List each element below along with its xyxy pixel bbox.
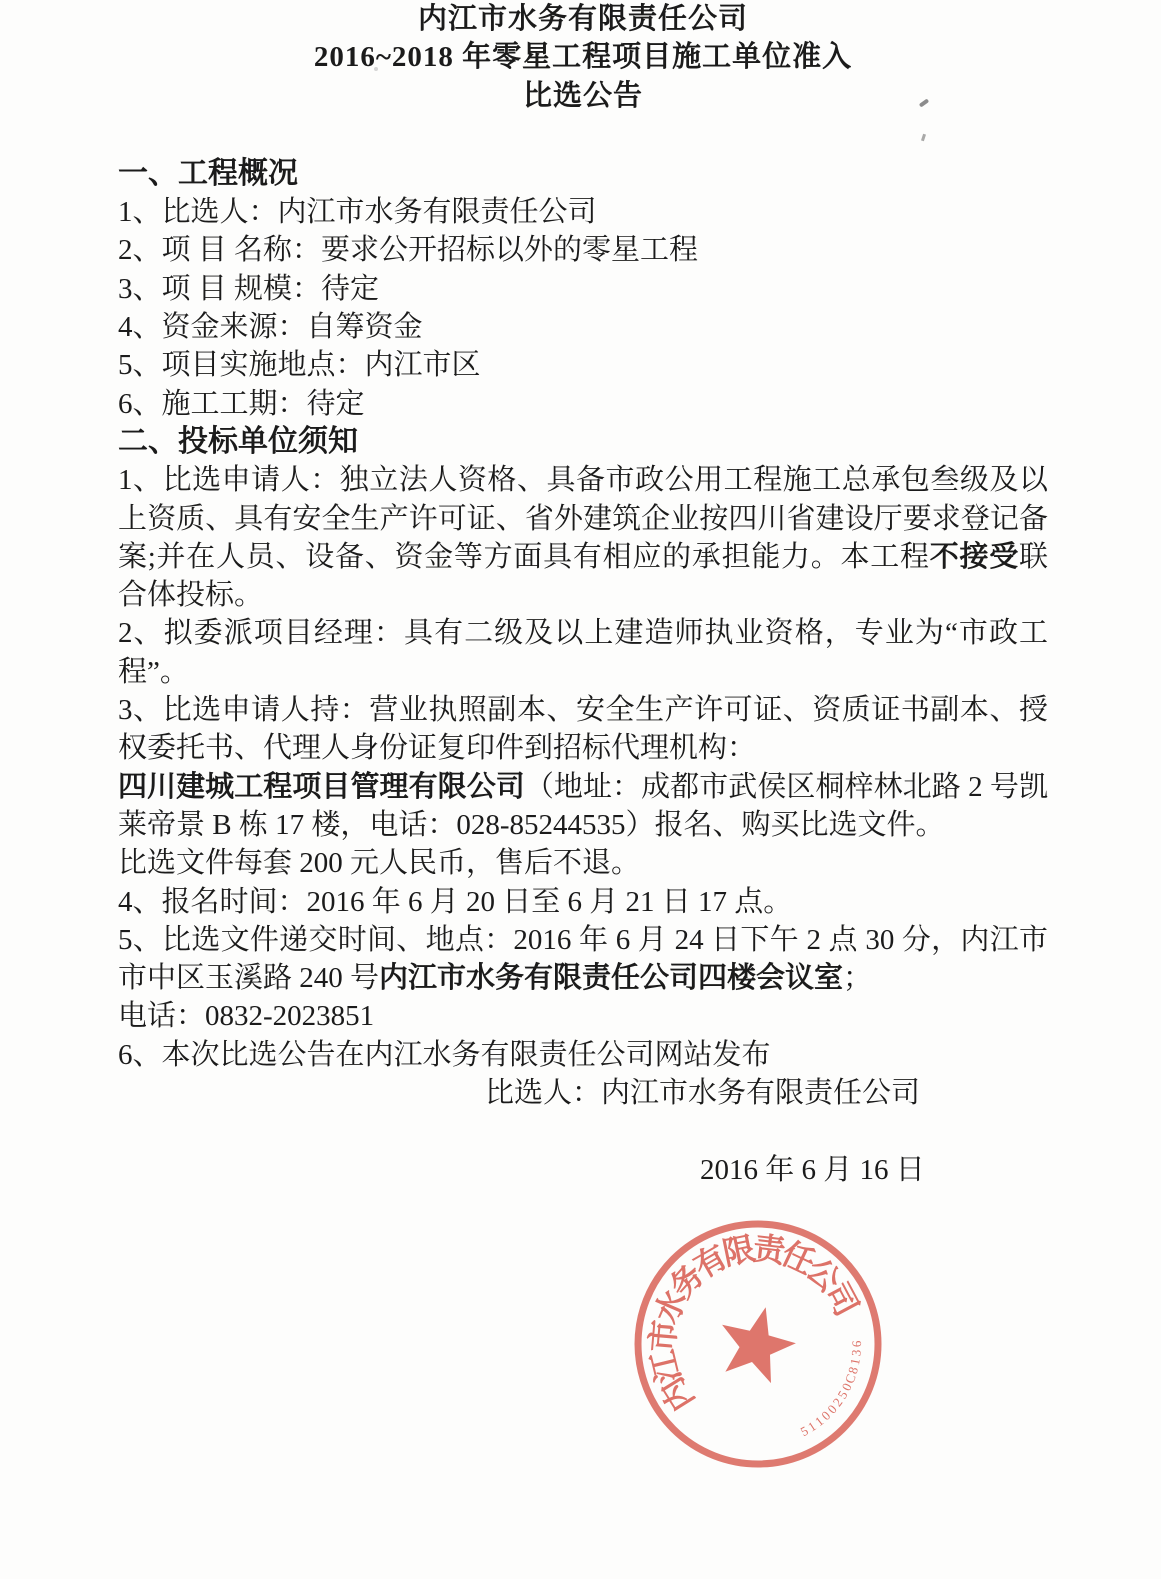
section1-item-6: 6、施工工期：待定 (118, 385, 1048, 423)
svg-text:6: 6 (849, 1340, 864, 1347)
section1-heading: 一、工程概况 (118, 155, 1048, 193)
svg-text:3: 3 (848, 1349, 864, 1357)
agency-name: 四川建城工程项目管理有限公司 (118, 771, 525, 803)
section2-clause-2: 2、拟委派项目经理：具有二级及以上建造师执业资格，专业为“市政工程”。 (118, 614, 1048, 691)
title-doc-type: 比选公告 (118, 77, 1048, 115)
section1-item-1: 1、比选人：内江市水务有限责任公司 (118, 193, 1048, 231)
clause-1-emphasis: 不接受 (930, 541, 1019, 573)
section1-item-5: 5、项目实施地点：内江市区 (118, 346, 1048, 384)
signer-line: 比选人：内江市水务有限责任公司 (118, 1074, 1048, 1112)
company-seal-stamp: 内江市水务有限责任公司51100250C8136 (628, 1214, 888, 1474)
section2-clause-5: 5、比选文件递交时间、地点：2016 年 6 月 24 日下午 2 点 30 分… (118, 921, 1048, 998)
clause-5-tail: ； (843, 962, 872, 994)
section1-item-3: 3、项 目 规模：待定 (118, 270, 1048, 308)
clause-1-text: 1、比选申请人：独立法人资格、具备市政公用工程施工总承包叁级及以上资质、具有安全… (118, 464, 1048, 573)
clause-5-venue: 内江市水务有限责任公司四楼会议室 (379, 962, 843, 994)
section1-item-2: 2、项 目 名称：要求公开招标以外的零星工程 (118, 231, 1048, 269)
title-company: 内江市水务有限责任公司 (118, 0, 1048, 38)
svg-text:1: 1 (847, 1357, 863, 1366)
section2-clause-1: 1、比选申请人：独立法人资格、具备市政公用工程施工总承包叁级及以上资质、具有安全… (118, 461, 1048, 614)
seal-star-icon (711, 1298, 802, 1387)
section1-item-4: 4、资金来源：自筹资金 (118, 308, 1048, 346)
title-project: 2016~2018 年零星工程项目施工单位准入 (118, 38, 1048, 76)
agency-line: 四川建城工程项目管理有限公司（地址：成都市武侯区桐梓林北路 2 号凯莱帝景 B … (118, 768, 1048, 845)
section2-clause-3: 3、比选申请人持：营业执照副本、安全生产许可证、资质证书副本、授权委托书、代理人… (118, 691, 1048, 768)
phone-line: 电话：0832-2023851 (118, 997, 1048, 1035)
fee-line: 比选文件每套 200 元人民币，售后不退。 (118, 844, 1048, 882)
section2-clause-4: 4、报名时间：2016 年 6 月 20 日至 6 月 21 日 17 点。 (118, 883, 1048, 921)
date-line: 2016 年 6 月 16 日 (118, 1151, 1048, 1189)
section2-heading: 二、投标单位须知 (118, 423, 1048, 461)
scan-speck (374, 67, 378, 71)
scanned-document-page: 内江市水务有限责任公司 2016~2018 年零星工程项目施工单位准入 比选公告… (0, 0, 1161, 1579)
document-body: 内江市水务有限责任公司 2016~2018 年零星工程项目施工单位准入 比选公告… (118, 0, 1048, 1189)
section2-clause-6: 6、本次比选公告在内江水务有限责任公司网站发布 (118, 1036, 1048, 1074)
